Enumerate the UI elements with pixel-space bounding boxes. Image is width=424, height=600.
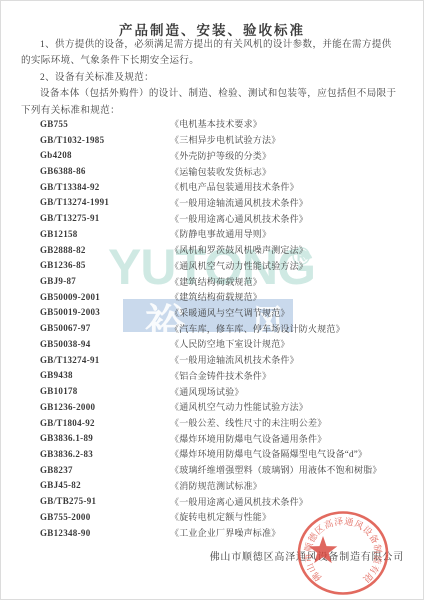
standard-title: 《建筑结构荷载规范》 — [170, 290, 262, 303]
standard-title: 《汽车库，修车库、停车场设计防火规范》 — [170, 322, 345, 335]
standard-code: GB6388-86 — [40, 166, 170, 176]
standard-code: GB10178 — [40, 386, 170, 396]
company-seal-stamp: 佛山市顺德区高泽通风设备制造有限公司 — [295, 507, 391, 599]
standard-row: GB50038-94 《人民防空地下室设计规范》 — [40, 336, 410, 352]
standard-row: GB3836.1-89 《爆炸环境用防爆电气设备通用条件》 — [40, 430, 410, 446]
standard-code: GB12348-90 — [40, 528, 170, 538]
standard-title: 《通风机空气动力性能试验方法》 — [170, 259, 308, 272]
standard-title: 《一般公差、线性尺寸的未注明公差》 — [170, 416, 326, 429]
standard-row: GB/T1032-1985 《三相异步电机试验方法》 — [40, 132, 410, 148]
standard-row: GB/T13384-92 《机电产品包装通用技术条件》 — [40, 179, 410, 195]
standard-title: 《防静电事故通用导则》 — [170, 227, 271, 240]
standard-code: GB12158 — [40, 229, 170, 239]
standard-row: GB/T13274-1991 《一般用途轴流通风机技术条件》 — [40, 195, 410, 211]
standard-code: GB/T13274-1991 — [40, 197, 170, 207]
standard-code: GB/T13384-92 — [40, 182, 170, 192]
standard-code: GB/T13274-91 — [40, 355, 170, 365]
standard-title: 《消防规范测试标准》 — [170, 479, 262, 492]
standard-code: GB3836.1-89 — [40, 433, 170, 443]
standard-title: 《电机基本技术要求》 — [170, 117, 262, 130]
standard-title: 《建筑结构荷载规范》 — [170, 275, 262, 288]
standard-code: GB9438 — [40, 370, 170, 380]
standard-code: GBJ45-82 — [40, 480, 170, 490]
standard-row: GBJ9-87 《建筑结构荷载规范》 — [40, 273, 410, 289]
standard-row: GB2888-82 《风机和罗茨鼓风机噪声测定法》 — [40, 242, 410, 258]
paragraph-standards-heading: 2、设备有关标准及规范： — [21, 70, 397, 86]
standard-title: 《采暖通风与空气调节规范》 — [170, 306, 290, 319]
standard-row: GB9438 《铝合金铸件技术条件》 — [40, 368, 410, 384]
standard-title: 《铝合金铸件技术条件》 — [170, 369, 271, 382]
standard-row: GB8237 《玻璃纤维增强塑料（玻璃钢）用液体不饱和树脂》 — [40, 462, 410, 478]
standard-row: GB/T1804-92 《一般公差、线性尺寸的未注明公差》 — [40, 415, 410, 431]
standard-title: 《通风机空气动力性能试验方法》 — [170, 400, 308, 413]
standard-code: GB/T1804-92 — [40, 418, 170, 428]
standard-title: 《外壳防护等级的分类》 — [170, 149, 271, 162]
standard-title: 《运输包装收发货标志》 — [170, 165, 271, 178]
standard-code: GB1236-2000 — [40, 402, 170, 412]
standard-title: 《机电产品包装通用技术条件》 — [170, 180, 299, 193]
standard-title: 《旋转电机定额与性能》 — [170, 510, 271, 523]
standard-row: GB3836.2-83 《爆炸环境用防爆电气设备隔爆型电气设备“d”》 — [40, 446, 410, 462]
standard-code: GB755 — [40, 119, 170, 129]
standard-code: GB8237 — [40, 465, 170, 475]
standard-code: GB755-2000 — [40, 512, 170, 522]
standards-list: GB755 《电机基本技术要求》 GB/T1032-1985 《三相异步电机试验… — [40, 116, 410, 540]
seal-ring-text: 佛山市顺德区高泽通风设备制造有限公司 — [295, 507, 384, 585]
intro-paragraphs: 1、供方提供的设备，必须满足需方提出的有关风机的设计参数，并能在需方提供的实际环… — [21, 37, 397, 119]
standard-code: GB3836.2-83 — [40, 449, 170, 459]
standard-title: 《一般用途离心通风机技术条件》 — [170, 495, 308, 508]
standard-title: 《三相异步电机试验方法》 — [170, 133, 280, 146]
standard-code: GB50019-2003 — [40, 307, 170, 317]
standard-title: 《一般用途离心通风机技术条件》 — [170, 212, 308, 225]
standard-code: GB/T1032-1985 — [40, 135, 170, 145]
standard-row: GB6388-86 《运输包装收发货标志》 — [40, 163, 410, 179]
standard-title: 《一般用途轴流风机技术条件》 — [170, 353, 299, 366]
standard-title: 《人民防空地下室设计规范》 — [170, 337, 290, 350]
standard-code: Gb4208 — [40, 150, 170, 160]
standard-title: 《爆炸环境用防爆电气设备隔爆型电气设备“d”》 — [170, 447, 367, 460]
paragraph-scope: 设备本体（包括外购件）的设计、制造、检验、测试和包装等，应包括但不局限于下列有关… — [21, 86, 397, 119]
standard-row: GB/T13275-91 《一般用途离心通风机技术条件》 — [40, 210, 410, 226]
standard-row: GB50067-97 《汽车库，修车库、停车场设计防火规范》 — [40, 320, 410, 336]
standard-title: 《工业企业厂界噪声标准》 — [170, 526, 280, 539]
standard-title: 《风机和罗茨鼓风机噪声测定法》 — [170, 243, 308, 256]
standard-code: GB50009-2001 — [40, 292, 170, 302]
standard-code: GB/TB275-91 — [40, 496, 170, 506]
standard-code: GB2888-82 — [40, 245, 170, 255]
standard-title: 《一般用途轴流通风机技术条件》 — [170, 196, 308, 209]
standard-code: GB50038-94 — [40, 339, 170, 349]
standard-row: GB50009-2001 《建筑结构荷载规范》 — [40, 289, 410, 305]
standard-title: 《爆炸环境用防爆电气设备通用条件》 — [170, 432, 326, 445]
standard-row: GB1236-85 《通风机空气动力性能试验方法》 — [40, 257, 410, 273]
standard-title: 《玻璃纤维增强塑料（玻璃钢）用液体不饱和树脂》 — [170, 463, 382, 476]
standard-row: GB10178 《通风现场试验》 — [40, 383, 410, 399]
standard-row: Gb4208 《外壳防护等级的分类》 — [40, 147, 410, 163]
standard-row: GB755 《电机基本技术要求》 — [40, 116, 410, 132]
standard-row: GB12158 《防静电事故通用导则》 — [40, 226, 410, 242]
standard-code: GB/T13275-91 — [40, 213, 170, 223]
standard-row: GB/T13274-91 《一般用途轴流风机技术条件》 — [40, 352, 410, 368]
standard-code: GB1236-85 — [40, 260, 170, 270]
standard-row: GB1236-2000 《通风机空气动力性能试验方法》 — [40, 399, 410, 415]
paragraph-supply-requirements: 1、供方提供的设备，必须满足需方提出的有关风机的设计参数，并能在需方提供的实际环… — [21, 37, 397, 70]
standard-title: 《通风现场试验》 — [170, 385, 244, 398]
standard-row: GB50019-2003 《采暖通风与空气调节规范》 — [40, 305, 410, 321]
seal-ring-text-wrap: 佛山市顺德区高泽通风设备制造有限公司 — [295, 507, 384, 585]
standard-code: GB50067-97 — [40, 323, 170, 333]
standard-row: GBJ45-82 《消防规范测试标准》 — [40, 478, 410, 494]
standard-code: GBJ9-87 — [40, 276, 170, 286]
